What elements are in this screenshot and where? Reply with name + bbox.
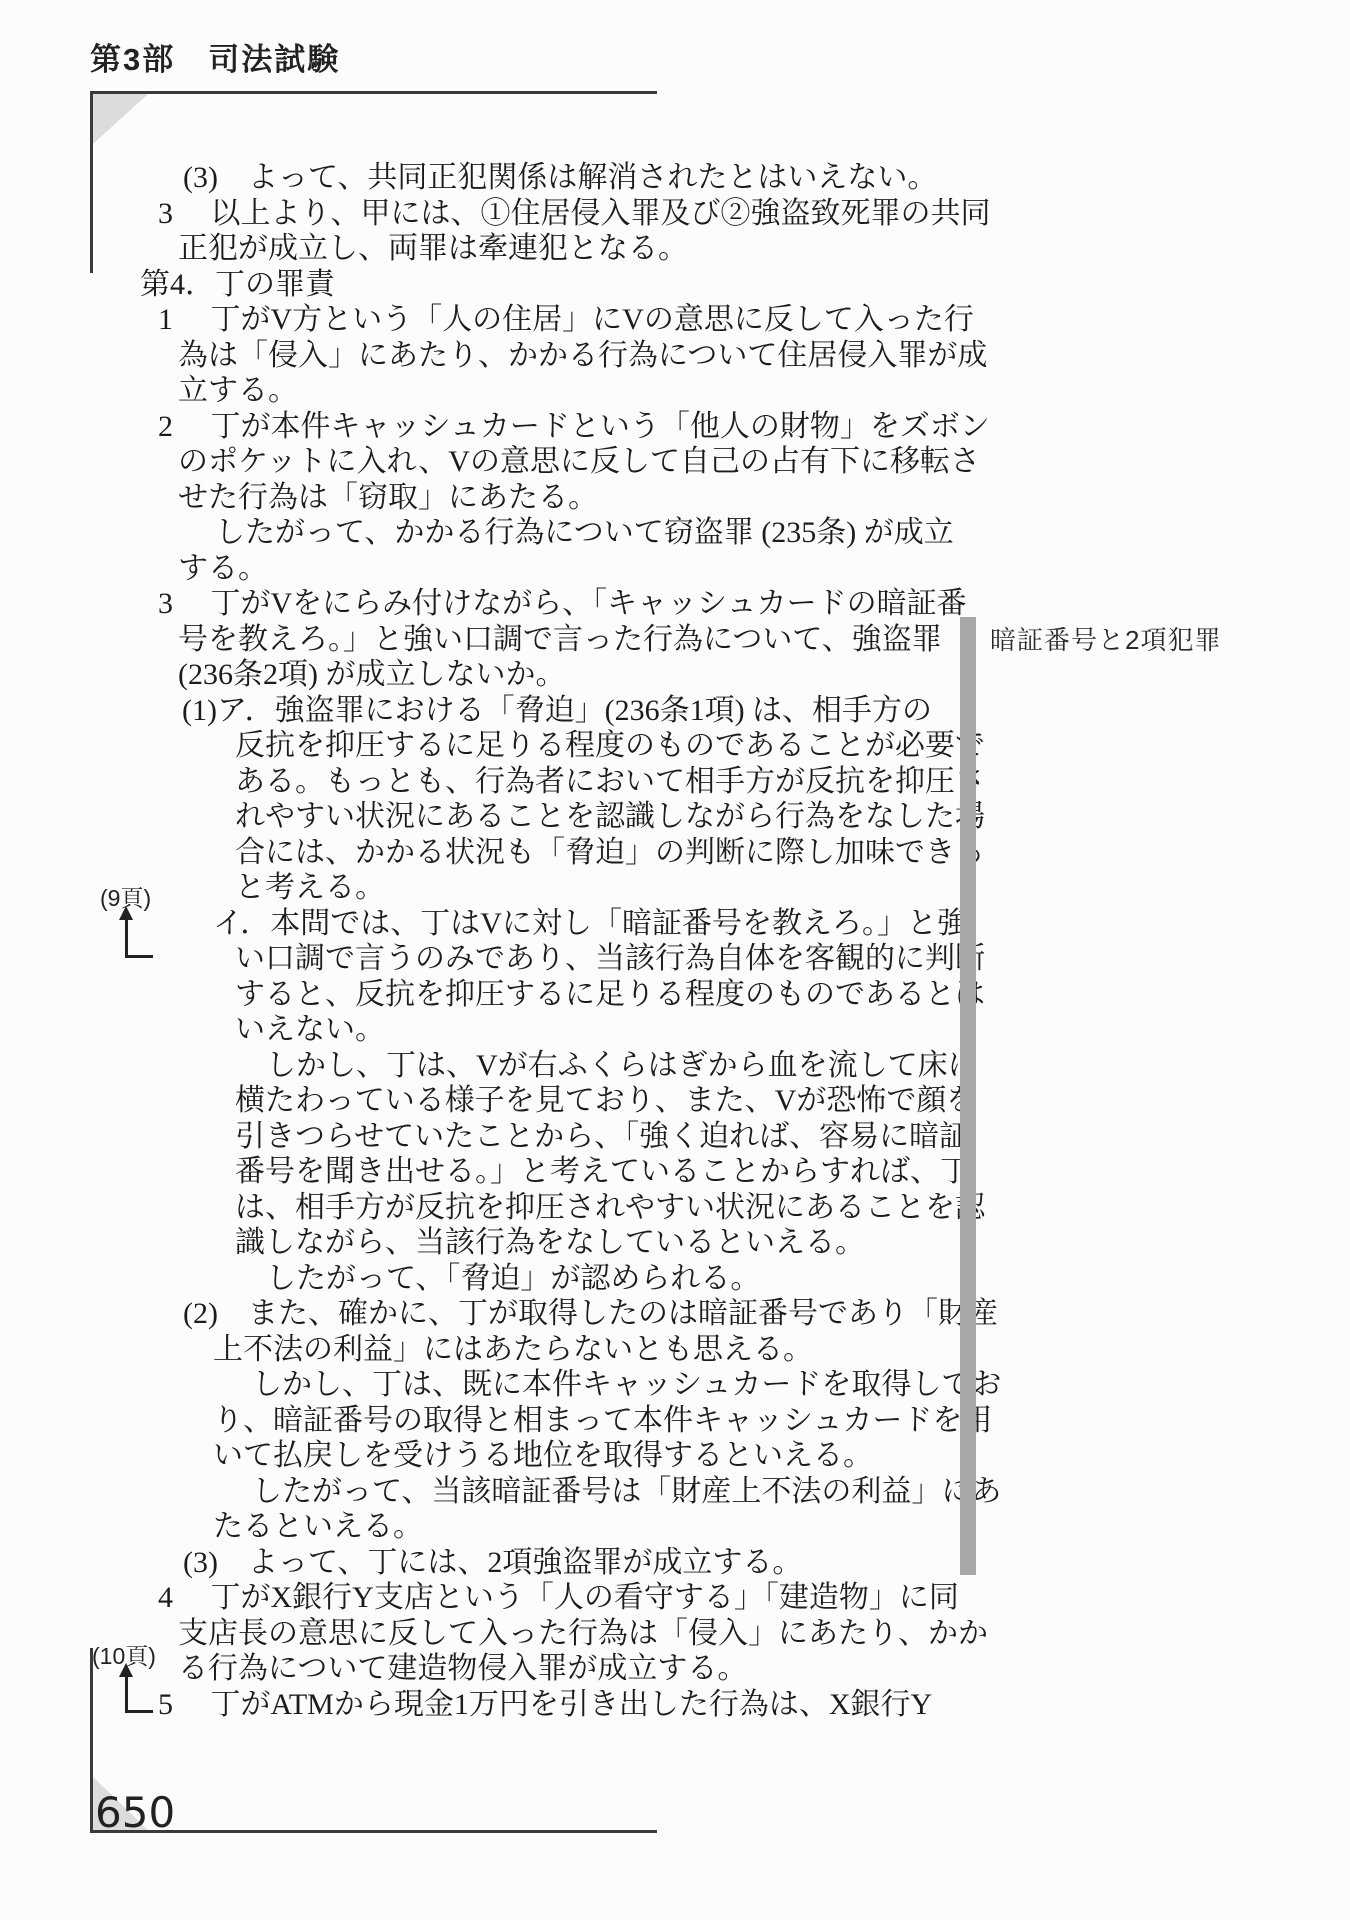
text-line: (236条2項) が成立しないか。 (0, 657, 1350, 693)
text-line: 横たわっている様子を見ており、また、Vが恐怖で顔を (0, 1083, 1350, 1119)
text-line: 合には、かかる状況も「脅迫」の判断に際し加味できる (0, 835, 1350, 871)
text-line: したがって、当該暗証番号は「財産上不法の利益」にあ (0, 1474, 1350, 1510)
text-line: 正犯が成立し、両罪は牽連犯となる。 (0, 231, 1350, 267)
text-line: ある。もっとも、行為者において相手方が反抗を抑圧さ (0, 764, 1350, 800)
text-line: 4 丁がX銀行Y支店という「人の看守する」「建造物」に同 (0, 1580, 1350, 1616)
text-line: 3 丁がVをにらみ付けながら、「キャッシュカードの暗証番 (0, 586, 1350, 622)
text-line: する。 (0, 551, 1350, 587)
text-line: る行為について建造物侵入罪が成立する。 (0, 1651, 1350, 1687)
text-line: 2 丁が本件キャッシュカードという「他人の財物」をズボン (0, 409, 1350, 445)
sidebar-margin-note: 暗証番号と2項犯罪 (990, 620, 1221, 657)
text-line: 1 丁がV方という「人の住居」にVの意思に反して入った行 (0, 302, 1350, 338)
text-line: 引きつらせていたことから、「強く迫れば、容易に暗証 (0, 1119, 1350, 1155)
arrow-line-vertical (125, 918, 128, 958)
text-line: しかし、丁は、Vが右ふくらはぎから血を流して床に (0, 1048, 1350, 1084)
arrow-line-horizontal (125, 1710, 153, 1713)
text-line: 番号を聞き出せる。」と考えていることからすれば、丁 (0, 1154, 1350, 1190)
top-corner-triangle (93, 94, 148, 144)
text-line: いて払戻しを受けうる地位を取得するといえる。 (0, 1438, 1350, 1474)
text-block: (3) よって、共同正犯関係は解消されたとはいえない。3 以上より、甲には、①住… (0, 160, 1350, 1722)
text-line: 3 以上より、甲には、①住居侵入罪及び②強盗致死罪の共同 (0, 196, 1350, 232)
text-line: (2) また、確かに、丁が取得したのは暗証番号であり「財産 (0, 1296, 1350, 1332)
text-line: 反抗を抑圧するに足りる程度のものであることが必要で (0, 728, 1350, 764)
text-line: れやすい状況にあることを認識しながら行為をなした場 (0, 799, 1350, 835)
text-line: り、暗証番号の取得と相まって本件キャッシュカードを用 (0, 1403, 1350, 1439)
text-line: したがって、「脅迫」が認められる。 (0, 1261, 1350, 1297)
text-line: (3) よって、共同正犯関係は解消されたとはいえない。 (0, 160, 1350, 196)
arrow-line-vertical (125, 1675, 128, 1713)
text-line: イ．本問では、丁はVに対し「暗証番号を教えろ。」と強 (0, 906, 1350, 942)
text-line: いえない。 (0, 1012, 1350, 1048)
text-line: 識しながら、当該行為をなしているといえる。 (0, 1225, 1350, 1261)
text-line: は、相手方が反抗を抑圧されやすい状況にあることを認 (0, 1190, 1350, 1226)
text-line: 5 丁がATMから現金1万円を引き出した行為は、X銀行Y (0, 1687, 1350, 1723)
text-line: すると、反抗を抑圧するに足りる程度のものであるとは (0, 977, 1350, 1013)
sidebar-highlight-bar (960, 617, 976, 1575)
text-line: 為は「侵入」にあたり、かかる行為について住居侵入罪が成 (0, 338, 1350, 374)
text-line: 支店長の意思に反して入った行為は「侵入」にあたり、かか (0, 1616, 1350, 1652)
text-line: 第4．丁の罪責 (0, 267, 1350, 303)
text-line: (1)ア．強盗罪における「脅迫」(236条1項) は、相手方の (0, 693, 1350, 729)
text-line: せた行為は「窃取」にあたる。 (0, 480, 1350, 516)
text-line: のポケットに入れ、Vの意思に反して自己の占有下に移転さ (0, 444, 1350, 480)
text-line: い口調で言うのみであり、当該行為自体を客観的に判断 (0, 941, 1350, 977)
text-line: 上不法の利益」にはあたらないとも思える。 (0, 1332, 1350, 1368)
text-line: と考える。 (0, 870, 1350, 906)
top-rule (90, 91, 657, 94)
page-header-title: 第3部 司法試験 (90, 34, 340, 79)
bottom-rule (90, 1830, 657, 1833)
arrow-line-horizontal (125, 955, 153, 958)
page: 第3部 司法試験 (3) よって、共同正犯関係は解消されたとはいえない。3 以上… (0, 0, 1350, 1920)
text-line: (3) よって、丁には、2項強盗罪が成立する。 (0, 1545, 1350, 1581)
text-line: したがって、かかる行為について窃盗罪 (235条) が成立 (0, 515, 1350, 551)
text-line: たるといえる。 (0, 1509, 1350, 1545)
text-line: しかし、丁は、既に本件キャッシュカードを取得してお (0, 1367, 1350, 1403)
text-line: 立する。 (0, 373, 1350, 409)
